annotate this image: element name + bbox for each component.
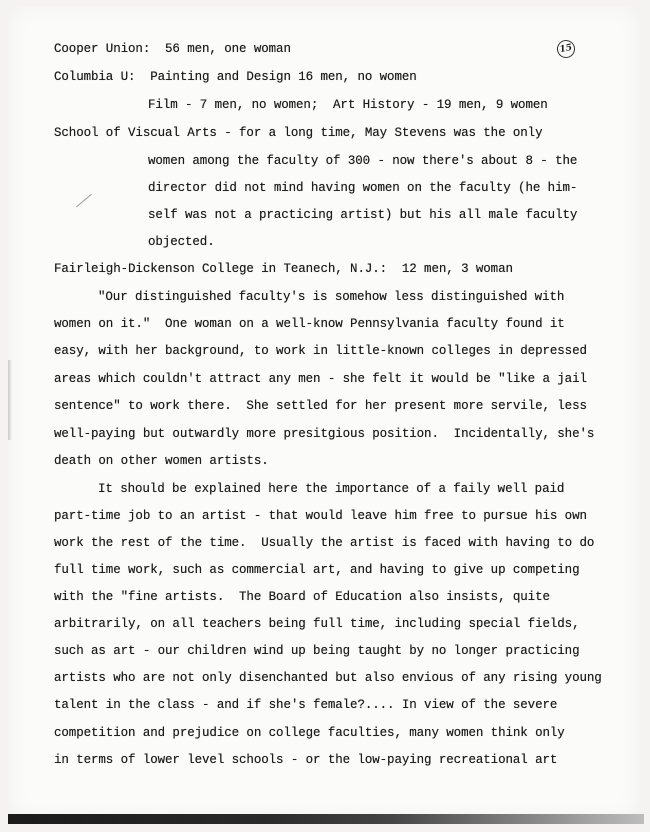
text-line: Film - 7 men, no women; Art History - 19… — [148, 98, 548, 112]
page-bottom-edge — [8, 814, 644, 824]
text-line: It should be explained here the importan… — [98, 482, 564, 496]
text-line: part-time job to an artist - that would … — [54, 509, 587, 523]
text-line: objected. — [148, 235, 215, 249]
text-line: artists who are not only disenchanted bu… — [54, 671, 602, 685]
text-line: in terms of lower level schools - or the… — [54, 753, 557, 767]
text-line: Cooper Union: 56 men, one woman — [54, 42, 291, 56]
text-line: death on other women artists. — [54, 454, 269, 468]
text-line: such as art - our children wind up being… — [54, 644, 580, 658]
text-line: areas which couldn't attract any men - s… — [54, 372, 587, 386]
text-line: sentence" to work there. She settled for… — [54, 399, 587, 413]
text-line: Fairleigh-Dickenson College in Teanech, … — [54, 262, 513, 276]
text-line: full time work, such as commercial art, … — [54, 563, 580, 577]
text-line: Columbia U: Painting and Design 16 men, … — [54, 70, 417, 84]
text-line: women among the faculty of 300 - now the… — [148, 154, 577, 168]
text-line: with the "fine artists. The Board of Edu… — [54, 590, 550, 604]
text-line: well-paying but outwardly more presitgio… — [54, 427, 594, 441]
text-line: self was not a practicing artist) but hi… — [148, 208, 577, 222]
text-line: work the rest of the time. Usually the a… — [54, 536, 594, 550]
scan-shadow — [8, 360, 12, 440]
text-line: easy, with her background, to work in li… — [54, 344, 587, 358]
text-line: competition and prejudice on college fac… — [54, 726, 565, 740]
text-line: School of Viscual Arts - for a long time… — [54, 126, 542, 140]
text-line: "Our distinguished faculty's is somehow … — [98, 290, 564, 304]
text-line: arbitrarily, on all teachers being full … — [54, 617, 580, 631]
text-line: talent in the class - and if she's femal… — [54, 698, 557, 712]
text-line: director did not mind having women on th… — [148, 181, 577, 195]
text-line: women on it." One woman on a well-know P… — [54, 317, 565, 331]
